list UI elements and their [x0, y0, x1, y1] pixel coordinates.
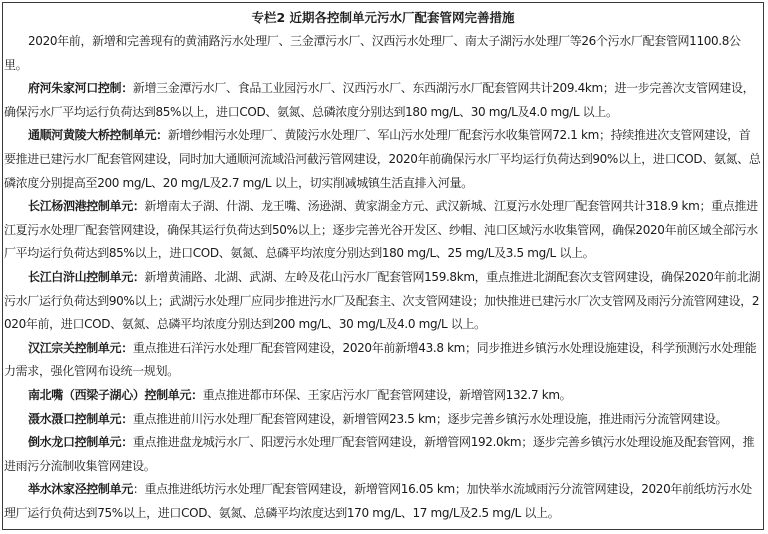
unit-paragraph-nanbeizui: 南北嘴（西梁子湖心）控制单元：重点推进都市环保、王家店污水厂配套管网建设，新增管… — [3, 384, 763, 408]
unit-paragraph-fuhe: 府河朱家河口控制：新增三金潭污水厂、食品工业园污水厂、汉西污水厂、东西湖污水厂配… — [3, 77, 763, 124]
info-box: 专栏2 近期各控制单元污水厂配套管网完善措施 2020年前，新增和完善现有的黄浦… — [2, 2, 764, 530]
unit-paragraph-baihushan: 长江白浒山控制单元：新增黄浦路、北湖、武湖、左岭及花山污水厂配套管网159.8k… — [3, 266, 763, 337]
unit-name: 南北嘴（西梁子湖心）控制单元： — [28, 388, 203, 402]
unit-paragraph-shekou: 滠水滠口控制单元：重点推进前川污水处理厂配套管网建设，新增管网23.5 km；逐… — [3, 408, 763, 432]
unit-paragraph-zongguan: 汉江宗关控制单元：重点推进石洋污水处理厂配套管网建设，2020年前新增43.8 … — [3, 337, 763, 384]
unit-name: 滠水滠口控制单元： — [28, 412, 133, 426]
unit-paragraph-yangsigang: 长江杨泗港控制单元：新增南太子湖、什湖、龙王嘴、汤逊湖、黄家湖金方元、武汉新城、… — [3, 195, 763, 266]
box-title: 专栏2 近期各控制单元污水厂配套管网完善措施 — [3, 6, 763, 30]
unit-name: 长江白浒山控制单元： — [28, 270, 145, 284]
unit-paragraph-longkou: 倒水龙口控制单元：重点推进盘龙城污水厂、阳逻污水处理厂配套管网建设，新增管网19… — [3, 431, 763, 478]
unit-text: 重点推进都市环保、王家店污水厂配套管网建设，新增管网132.7 km。 — [203, 388, 572, 402]
unit-text: 重点推进前川污水处理厂配套管网建设，新增管网23.5 km；逐步完善乡镇污水处理… — [133, 412, 727, 426]
unit-paragraph-mujiajing: 举水沐家泾控制单元：重点推进纸坊污水处理厂配套管网建设，新增管网16.05 km… — [3, 478, 763, 525]
unit-name: 倒水龙口控制单元： — [28, 435, 133, 449]
unit-name: 府河朱家河口控制： — [28, 81, 133, 95]
unit-name: 通顺河黄陵大桥控制单元： — [28, 128, 168, 142]
unit-name: 举水沐家泾控制单元 — [28, 482, 133, 496]
intro-paragraph: 2020年前，新增和完善现有的黄浦路污水处理厂、三金潭污水厂、汉西污水处理厂、南… — [3, 30, 763, 77]
unit-paragraph-tongshunhe: 通顺河黄陵大桥控制单元：新增纱帽污水处理厂、黄陵污水处理厂、军山污水处理厂配套污… — [3, 124, 763, 195]
unit-name: 长江杨泗港控制单元： — [28, 199, 145, 213]
unit-name: 汉江宗关控制单元： — [28, 341, 133, 355]
